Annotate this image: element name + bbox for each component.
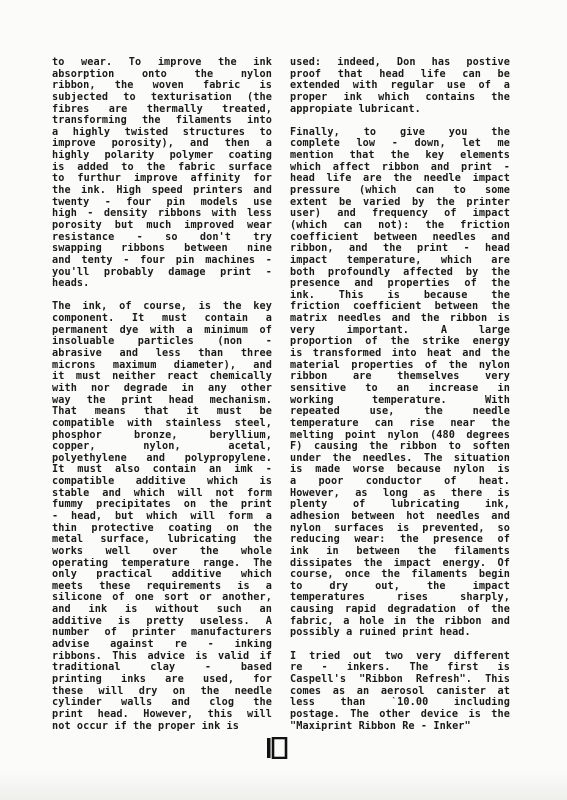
text-line: thin protective coating on the <box>52 523 272 535</box>
text-line: coefficient between needles and <box>290 232 510 244</box>
text-line: not occur if the proper ink is <box>52 721 272 733</box>
text-line: cylinder walls and clog the <box>52 697 272 709</box>
paragraph: to wear. To improve the inkabsorption on… <box>52 57 272 290</box>
text-line: fibres are thermally treated, <box>52 104 272 116</box>
text-line: "Maxiprint Ribbon Re - Inker" <box>290 721 510 733</box>
text-line: less than `10.00 including <box>290 697 510 709</box>
text-line: improve porosity), and then a <box>52 138 272 150</box>
text-line: to wear. To improve the ink <box>52 57 272 69</box>
text-line: causing rapid degradation of the <box>290 604 510 616</box>
paragraph: Finally, to give you thecomplete low - d… <box>290 127 510 639</box>
text-line: a poor conductor of heat. <box>290 476 510 488</box>
text-line: However, as long as there is <box>290 488 510 500</box>
text-line: temperature can rise near the <box>290 418 510 430</box>
document-page: to wear. To improve the inkabsorption on… <box>0 0 567 800</box>
text-line: a highly twisted structures to <box>52 127 272 139</box>
text-line: and ink is without such an <box>52 604 272 616</box>
text-line: impact temperature, which are <box>290 255 510 267</box>
text-line: complete low - down, let me <box>290 138 510 150</box>
text-line: ribbon, and the print - head <box>290 243 510 255</box>
paragraph: I tried out two very differentre - inker… <box>290 651 510 732</box>
text-line: compatible with stainless steel, <box>52 418 272 430</box>
text-line: proper ink which contains the <box>290 92 510 104</box>
text-line: reducing wear: the presence of <box>290 534 510 546</box>
text-line: porosity but much improved wear <box>52 220 272 232</box>
text-line: It must also contain an imk - <box>52 464 272 476</box>
paragraph-gap <box>52 290 272 302</box>
text-line: fummy precipitates on the print <box>52 499 272 511</box>
text-line: mention that the key elements <box>290 150 510 162</box>
text-line: (which can not): the friction <box>290 220 510 232</box>
text-line: adhesion between hot needles and <box>290 511 510 523</box>
text-line: ribbons. This advice is valid if <box>52 651 272 663</box>
left-column: to wear. To improve the inkabsorption on… <box>52 57 272 732</box>
text-line: silicone of one sort or another, <box>52 592 272 604</box>
text-line: and tenty - four pin machines - <box>52 255 272 267</box>
text-line: Caspell's "Ribbon Refresh". This <box>290 674 510 686</box>
text-line: presence and properties of the <box>290 278 510 290</box>
text-line: heads. <box>52 278 272 290</box>
text-line: which affect ribbon and print - <box>290 162 510 174</box>
text-line: comes as an aerosol canister at <box>290 686 510 698</box>
text-line: stable and which will not form <box>52 488 272 500</box>
text-line: works well over the whole <box>52 546 272 558</box>
text-line: both profoundly affected by the <box>290 267 510 279</box>
text-line: ink in between the filaments <box>290 546 510 558</box>
text-line: used: indeed, Don has postive <box>290 57 510 69</box>
text-line: fabric, a hole in the ribbon and <box>290 616 510 628</box>
text-line: sensitive to an increase in <box>290 383 510 395</box>
text-line: printing inks are used, for <box>52 674 272 686</box>
paragraph: The ink, of course, is the keycomponent.… <box>52 301 272 732</box>
text-line: highly polarity polymer coating <box>52 150 272 162</box>
text-line: microns maximum diameter), and <box>52 360 272 372</box>
text-line: number of printer manufacturers <box>52 627 272 639</box>
page-number-glyph <box>266 737 288 759</box>
text-line: operating temperature range. The <box>52 558 272 570</box>
paragraph-gap <box>290 115 510 127</box>
text-line: temperatures rises sharply, <box>290 592 510 604</box>
text-line: copper, nylon, acetal, <box>52 441 272 453</box>
text-line: melting point nylon (480 degrees <box>290 430 510 442</box>
text-line: subjected to texturisation (the <box>52 92 272 104</box>
text-line: proportion of the strike energy <box>290 336 510 348</box>
text-line: extended with regular use of a <box>290 80 510 92</box>
text-line: way the print head mechanism. <box>52 395 272 407</box>
text-line: additive is pretty useless. A <box>52 616 272 628</box>
text-line: ribbon are themselves very <box>290 371 510 383</box>
text-line: is added to the fabric surface <box>52 162 272 174</box>
text-line: you'll probably damage print - <box>52 267 272 279</box>
text-line: to dry out, the impact <box>290 581 510 593</box>
text-line: is made worse because nylon is <box>290 464 510 476</box>
text-line: traditional clay - based <box>52 662 272 674</box>
text-line: friction coefficient between the <box>290 301 510 313</box>
text-line: component. It must contain a <box>52 313 272 325</box>
text-line: course, once the filaments begin <box>290 569 510 581</box>
text-line: compatible additive which is <box>52 476 272 488</box>
text-line: swapping ribbons between nine <box>52 243 272 255</box>
text-line: The ink, of course, is the key <box>52 301 272 313</box>
text-line: repeated use, the needle <box>290 406 510 418</box>
text-line: Finally, to give you the <box>290 127 510 139</box>
text-line: postage. The other device is the <box>290 709 510 721</box>
right-column: used: indeed, Don has postiveproof that … <box>290 57 510 732</box>
text-line: with nor degrade in any other <box>52 383 272 395</box>
text-line: proof that head life can be <box>290 69 510 81</box>
text-line: material properties of the nylon <box>290 360 510 372</box>
text-line: absorption onto the nylon <box>52 69 272 81</box>
text-line: ribbon, the woven fabric is <box>52 80 272 92</box>
text-line: pressure (which can to some <box>290 185 510 197</box>
text-line: - head, but which will form a <box>52 511 272 523</box>
text-line: resistance - so don't try <box>52 232 272 244</box>
text-line: insoluable particles (non - <box>52 336 272 348</box>
text-line: polyethylene and polypropylene. <box>52 453 272 465</box>
paragraph: used: indeed, Don has postiveproof that … <box>290 57 510 115</box>
text-line: phosphor bronze, beryllium, <box>52 430 272 442</box>
text-line: only practical additive which <box>52 569 272 581</box>
text-line: user) and frequency of impact <box>290 208 510 220</box>
text-line: plenty of lubricating ink, <box>290 499 510 511</box>
text-line: possibly a ruined print head. <box>290 627 510 639</box>
text-line: head life are the needle impact <box>290 173 510 185</box>
text-line: matrix needles and the ribbon is <box>290 313 510 325</box>
text-line: the ink. High speed printers and <box>52 185 272 197</box>
text-line: abrasive and less than three <box>52 348 272 360</box>
text-line: these will dry on the needle <box>52 686 272 698</box>
text-line: extent be varied by the printer <box>290 197 510 209</box>
text-line: under the needles. The situation <box>290 453 510 465</box>
paragraph-gap <box>290 639 510 651</box>
text-line: appropiate lubricant. <box>290 104 510 116</box>
text-line: transforming the filaments into <box>52 115 272 127</box>
text-line: F) causing the ribbon to soften <box>290 441 510 453</box>
text-line: ink. This is because the <box>290 290 510 302</box>
text-line: it must neither react chemically <box>52 371 272 383</box>
text-line: nylon surfaces is prevented, so <box>290 523 510 535</box>
text-line: re - inkers. The first is <box>290 662 510 674</box>
scan-shadow <box>0 770 567 800</box>
text-line: print head. However, this will <box>52 709 272 721</box>
text-line: permanent dye with a minimum of <box>52 325 272 337</box>
text-line: That means that it must be <box>52 406 272 418</box>
text-line: advise against re - inking <box>52 639 272 651</box>
text-line: I tried out two very different <box>290 651 510 663</box>
text-line: working temperature. With <box>290 395 510 407</box>
text-line: twenty - four pin models use <box>52 197 272 209</box>
text-line: very important. A large <box>290 325 510 337</box>
text-line: is transformed into heat and the <box>290 348 510 360</box>
text-line: dissipates the impact energy. Of <box>290 558 510 570</box>
text-line: metal surface, lubricating the <box>52 534 272 546</box>
page-number: 10 <box>266 737 288 759</box>
text-line: to furthur improve affinity for <box>52 173 272 185</box>
text-line: meets these requirements is a <box>52 581 272 593</box>
text-line: high - density ribbons with less <box>52 208 272 220</box>
